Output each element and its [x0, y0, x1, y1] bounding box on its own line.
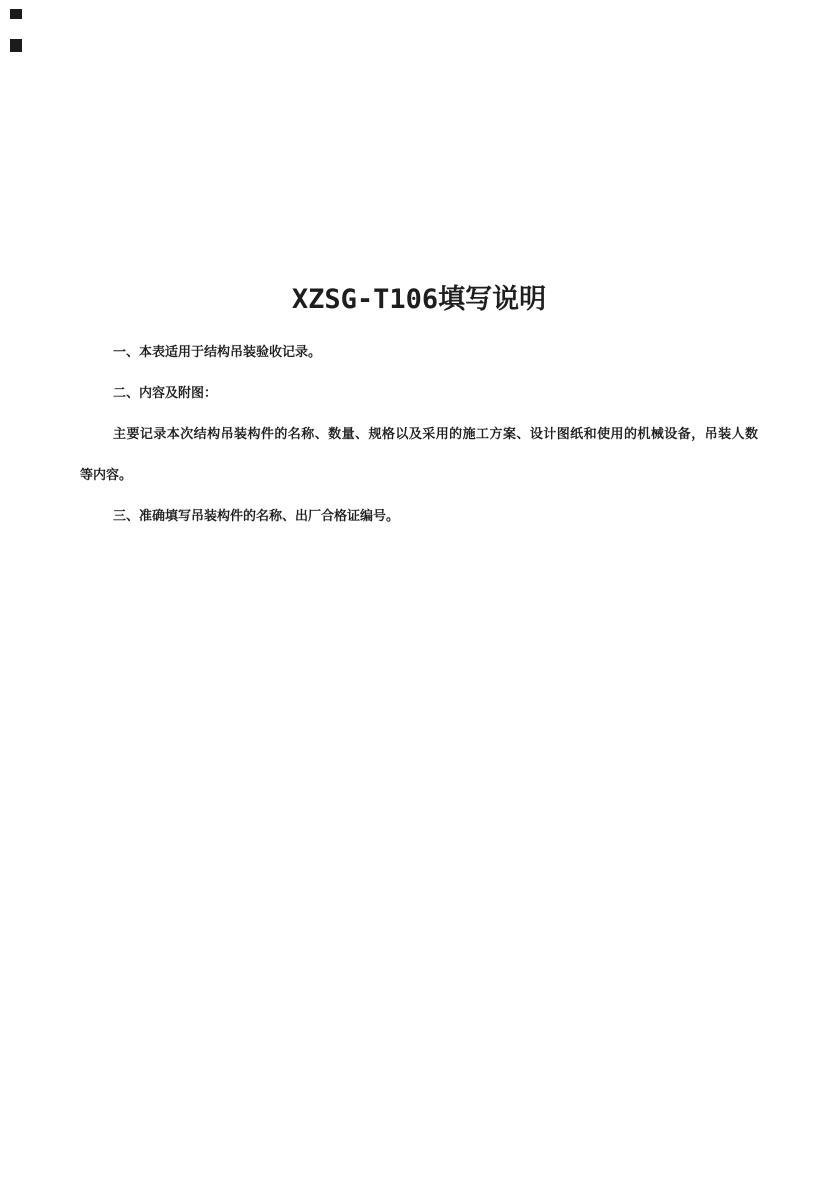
paragraph-line-5: 三、准确填写吊装构件的名称、出厂合格证编号。	[80, 495, 758, 536]
document-page: XZSG-T106填写说明 一、本表适用于结构吊装验收记录。 二、内容及附图： …	[0, 0, 838, 1186]
paragraph-line-4: 等内容。	[80, 454, 758, 495]
document-body: 一、本表适用于结构吊装验收记录。 二、内容及附图： 主要记录本次结构吊装构件的名…	[80, 331, 758, 536]
corner-artifact-mark-top	[10, 9, 22, 19]
corner-artifact-mark-bottom	[10, 39, 22, 52]
paragraph-line-1: 一、本表适用于结构吊装验收记录。	[80, 331, 758, 372]
paragraph-line-3: 主要记录本次结构吊装构件的名称、数量、规格以及采用的施工方案、设计图纸和使用的机…	[80, 413, 758, 454]
paragraph-line-2: 二、内容及附图：	[80, 372, 758, 413]
document-title: XZSG-T106填写说明	[0, 284, 838, 316]
